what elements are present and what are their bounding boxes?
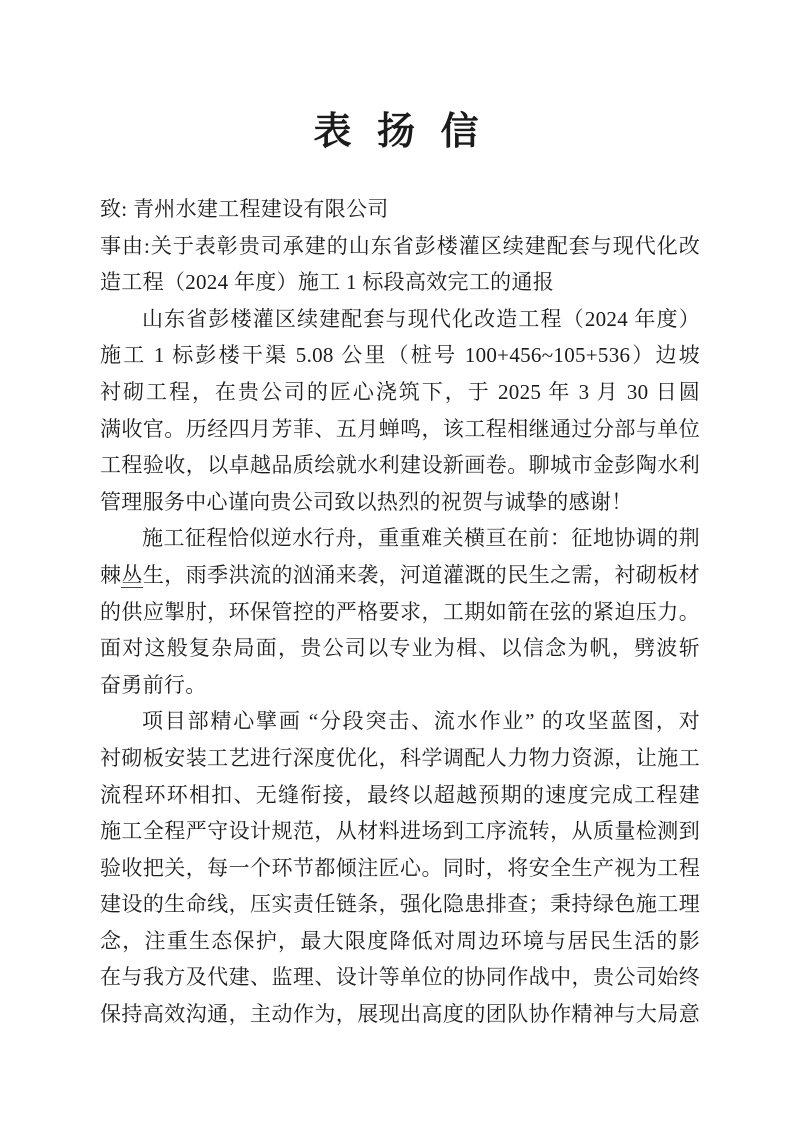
body-line: 建设的生命线，压实责任链条，强化隐患排查；秉持绿色施工理 xyxy=(100,886,700,923)
body-line: 的供应掣肘，环保管控的严格要求，工期如箭在弦的紧迫压力。 xyxy=(100,594,700,631)
body-line: 施工全程严守设计规范，从材料进场到工序流转，从质量检测到 xyxy=(100,813,700,850)
body-line: 流程环环相扣、无缝衔接，最终以超越预期的速度完成工程建设。 xyxy=(100,777,700,814)
body-line: 项目部精心擘画 “分段突击、流水作业” 的攻坚蓝图，对 xyxy=(100,703,700,740)
body-line: 衬砌板安装工艺进行深度优化，科学调配人力物力资源，让施工 xyxy=(100,740,700,777)
recipient-line: 致: 青州水建工程建设有限公司 xyxy=(100,191,700,228)
body-line: 山东省彭楼灌区续建配套与现代化改造工程（2024 年度） xyxy=(100,301,700,338)
body-line: 面对这般复杂局面，贵公司以专业为楫、以信念为帆，劈波斩浪， xyxy=(100,630,700,667)
body-line: 满收官。历经四月芳菲、五月蝉鸣，该工程相继通过分部与单位 xyxy=(100,411,700,448)
body-line: 在与我方及代建、监理、设计等单位的协同作战中，贵公司始终 xyxy=(100,959,700,996)
subject-line-2: 造工程（2024 年度）施工 1 标段高效完工的通报 xyxy=(100,264,700,301)
body-line: 奋勇前行。 xyxy=(100,667,700,704)
body-line: 衬砌工程，在贵公司的匠心浇筑下，于 2025 年 3 月 30 日圆 xyxy=(100,374,700,411)
body-line: 施工 1 标彭楼干渠 5.08 公里（桩号 100+456~105+536）边坡 xyxy=(100,337,700,374)
body-line: 验收把关，每一个环节都倾注匠心。同时，将安全生产视为工程 xyxy=(100,850,700,887)
letter-page: 表 扬 信 致: 青州水建工程建设有限公司事由:关于表彰贵司承建的山东省彭楼灌区… xyxy=(0,0,800,1132)
letter-body: 致: 青州水建工程建设有限公司事由:关于表彰贵司承建的山东省彭楼灌区续建配套与现… xyxy=(100,191,700,1033)
body-line: 保持高效沟通，主动作为，展现出高度的团队协作精神与大局意 xyxy=(100,996,700,1033)
subject-line-1: 事由:关于表彰贵司承建的山东省彭楼灌区续建配套与现代化改 xyxy=(100,228,700,265)
body-line: 棘丛生，雨季洪流的汹涌来袭，河道灌溉的民生之需，衬砌板材 xyxy=(100,557,700,594)
body-line: 念，注重生态保护，最大限度降低对周边环境与居民生活的影响。 xyxy=(100,923,700,960)
underlined-char: 丛 xyxy=(121,563,142,588)
letter-title: 表 扬 信 xyxy=(0,110,800,156)
body-line: 工程验收，以卓越品质绘就水利建设新画卷。聊城市金彭陶水利 xyxy=(100,447,700,484)
body-line: 管理服务中心谨向贵公司致以热烈的祝贺与诚挚的感谢！ xyxy=(100,484,700,521)
body-line: 施工征程恰似逆水行舟，重重难关横亘在前：征地协调的荆 xyxy=(100,520,700,557)
